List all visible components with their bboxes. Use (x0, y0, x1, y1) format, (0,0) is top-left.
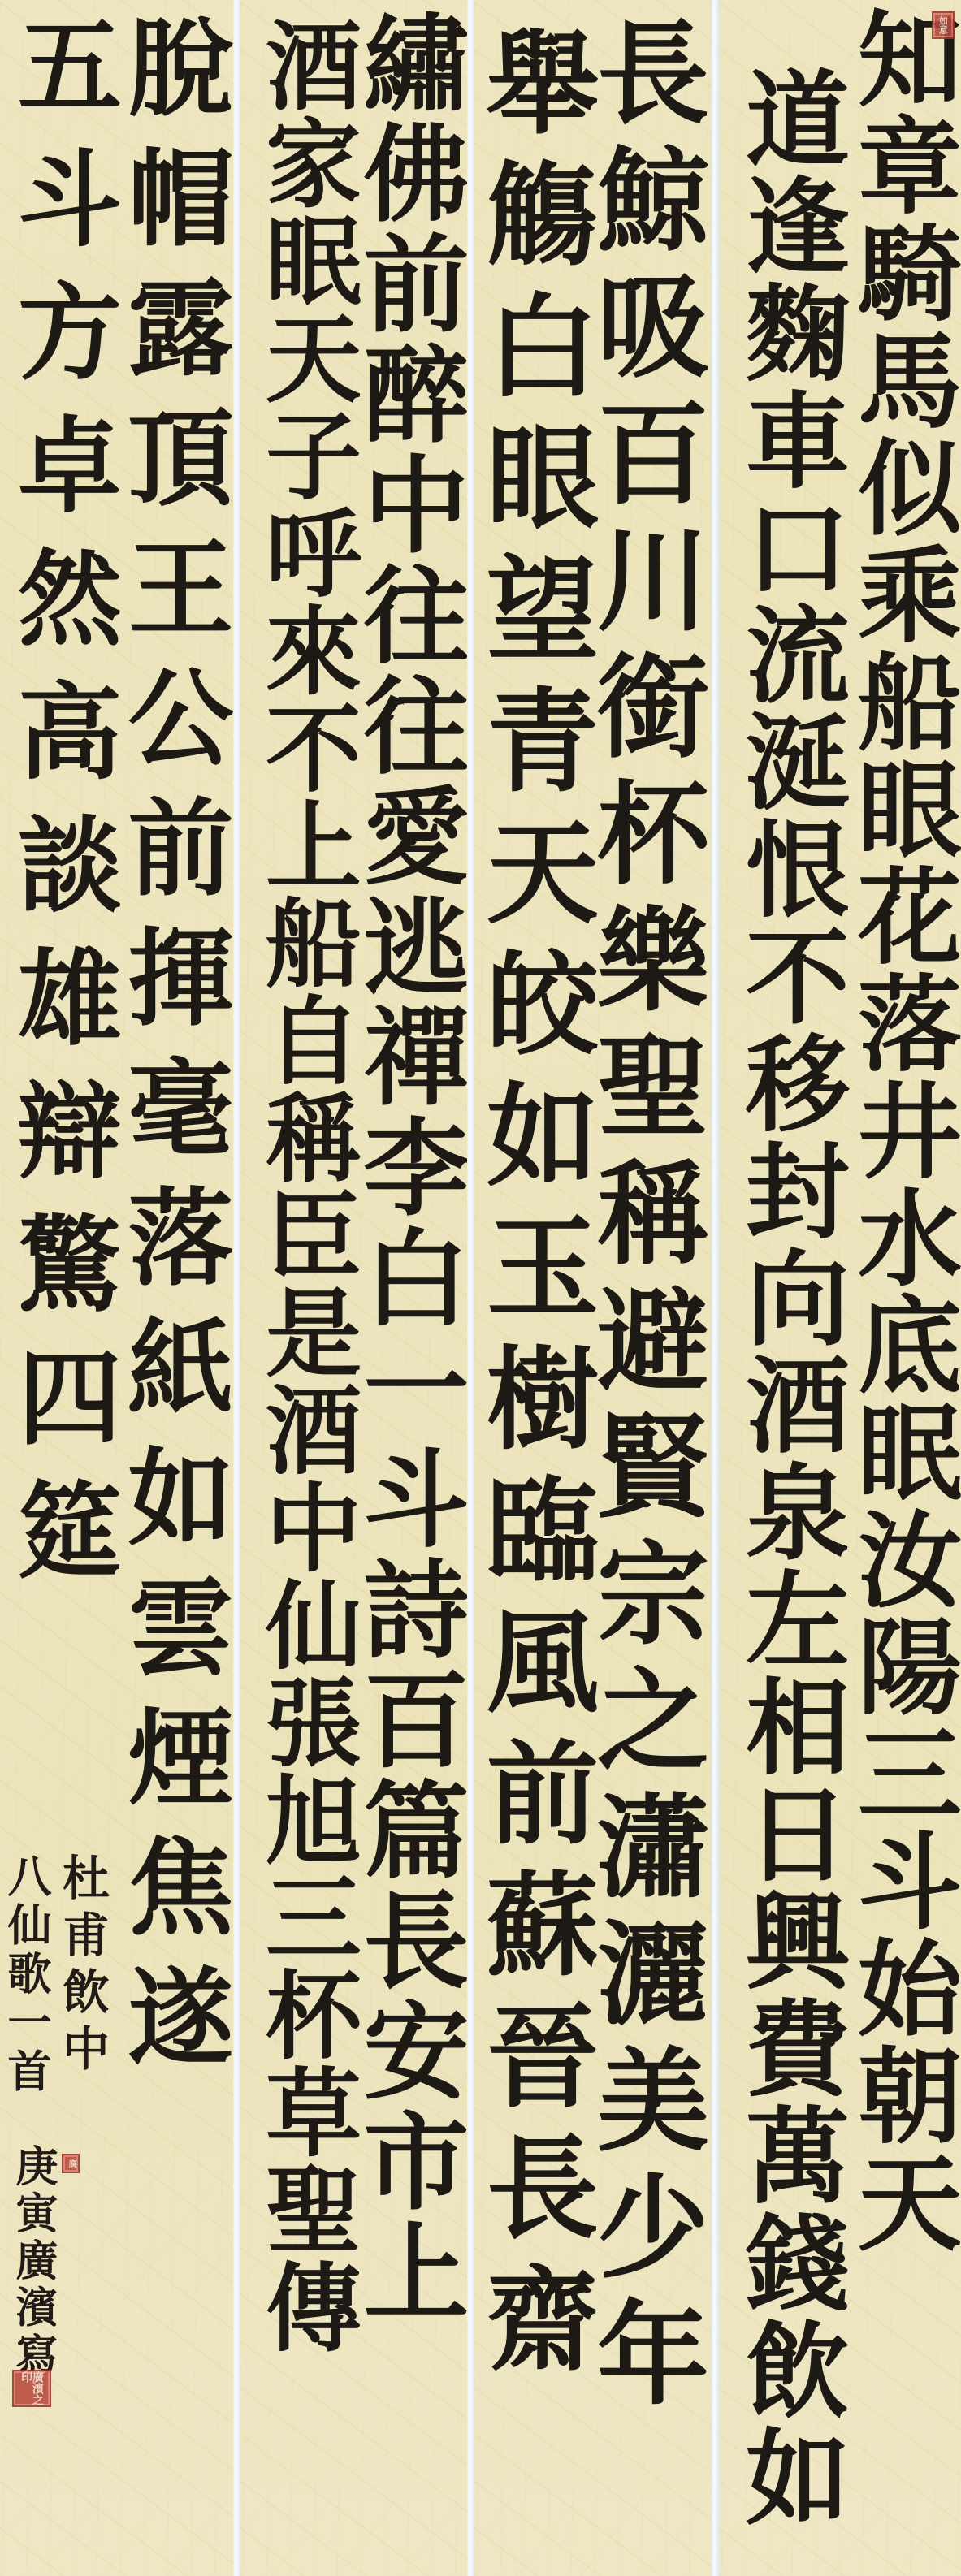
inscription-line-2: 八仙歌一首 (5, 1853, 49, 2097)
text-column: 舉觴白眼望青天皎如玉樹臨風前蘇晉長齋 (478, 24, 590, 2392)
text-column: 酒家眠天子呼來不上船自稱臣是酒中仙張旭三杯草聖傳 (258, 16, 353, 2355)
panel-divider (712, 0, 719, 2576)
small-seal: 廣 (62, 2154, 80, 2173)
name-seal: 廣濱之印 (12, 2370, 51, 2407)
panel-divider (233, 0, 240, 2576)
panel-3: 繡佛前醉中往往愛逃禪李白一斗詩百篇長安市上 酒家眠天子呼來不上船自稱臣是酒中仙張… (240, 0, 467, 2576)
panel-4: 脫帽露頂王公前揮毫落紙如雲煙焦遂 五斗方卓然高談雄辯驚四筵 杜甫飲中 八仙歌一首… (0, 0, 233, 2576)
panel-2: 長鯨吸百川銜杯樂聖稱避賢宗之瀟灑美少年 舉觴白眼望青天皎如玉樹臨風前蘇晉長齋 (474, 0, 712, 2576)
text-column: 知章騎馬似乘船眼花落井水底眠汝陽三斗始朝天 (849, 5, 953, 2256)
text-column: 長鯨吸百川銜杯樂聖稱避賢宗之瀟灑美少年 (588, 15, 700, 2422)
calligraphy-artwork: 知章騎馬似乘船眼花落井水底眠汝陽三斗始朝天 道逢麴車口流涎恨不移封向酒泉左相日興… (0, 0, 961, 2576)
panel-1: 知章騎馬似乘船眼花落井水底眠汝陽三斗始朝天 道逢麴車口流涎恨不移封向酒泉左相日興… (719, 0, 961, 2576)
text-column: 脫帽露頂王公前揮毫落紙如雲煙焦遂 (119, 13, 225, 2092)
text-column: 五斗方卓然高談雄辯驚四筵 (9, 11, 113, 1610)
inscription-line-1: 杜甫飲中 (58, 1853, 106, 2081)
signature: 庚寅廣濱寫 (11, 2144, 54, 2379)
text-column: 道逢麴車口流涎恨不移封向酒泉左相日興費萬錢飲如 (737, 65, 841, 2531)
text-column: 繡佛前醉中往往愛逃禪李白一斗詩百篇長安市上 (355, 8, 461, 2327)
leading-seal: 如意 (932, 11, 955, 39)
panel-divider (467, 0, 474, 2576)
